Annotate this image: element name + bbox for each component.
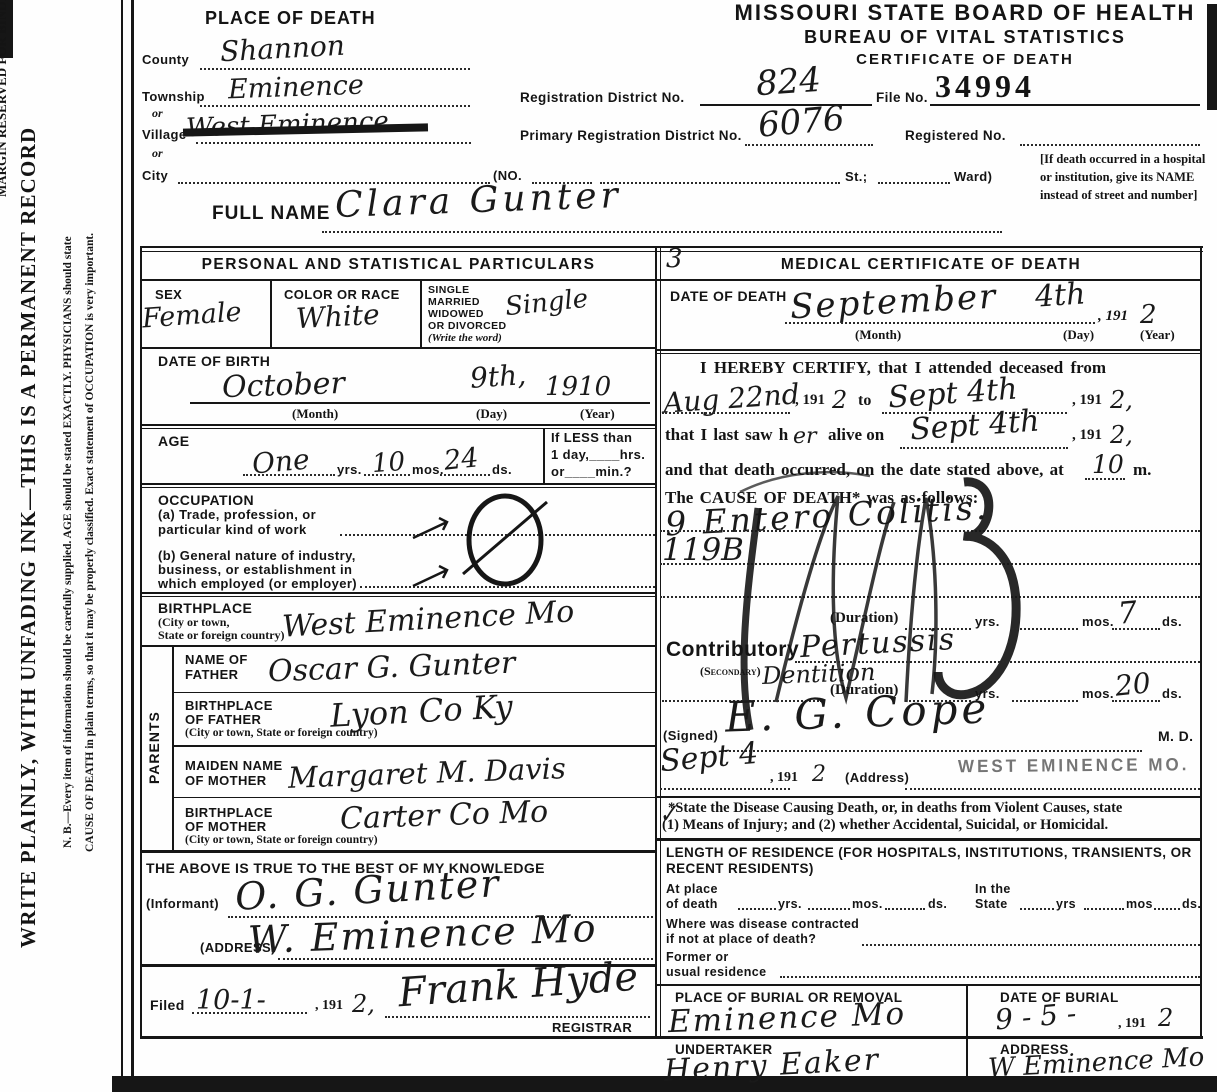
burial-mid-rule bbox=[655, 1036, 1202, 1038]
at-place-label-1: At place bbox=[666, 882, 718, 896]
in-state-label-2: State bbox=[975, 897, 1008, 911]
rule-under-father-bp bbox=[172, 745, 657, 747]
father-name-label-1: NAME OF bbox=[185, 652, 248, 667]
former-line bbox=[780, 976, 1200, 978]
from-year-digit: 2 bbox=[832, 386, 847, 414]
county-label: County bbox=[142, 52, 189, 67]
birthplace-value: West Eminence Mo bbox=[281, 594, 575, 644]
street-label: St.; bbox=[845, 169, 868, 184]
last-saw-line bbox=[900, 447, 1068, 449]
father-birthplace-label-1: BIRTHPLACE bbox=[185, 698, 273, 713]
rule-under-dod bbox=[655, 349, 1202, 351]
dob-year-caption: (Year) bbox=[580, 406, 615, 422]
rule-under-parents bbox=[140, 850, 657, 853]
dob-month-value: October bbox=[221, 366, 345, 405]
burial-divider bbox=[966, 984, 968, 1036]
color-race-value: White bbox=[295, 298, 380, 335]
file-no-label: File No. bbox=[876, 90, 928, 105]
burial-date-value: 9 - 5 - bbox=[994, 997, 1078, 1037]
occupation-a-label-1: (a) Trade, profession, or bbox=[158, 507, 316, 522]
rule-under-birthplace bbox=[140, 645, 657, 647]
township-label: Township bbox=[142, 89, 205, 104]
less-than-label-3: or____min.? bbox=[551, 464, 632, 479]
from-year-prefix: , 191 bbox=[795, 392, 825, 409]
signed-date-value: Sept 4 bbox=[659, 736, 760, 779]
board-title: MISSOURI STATE BOARD OF HEALTH bbox=[720, 0, 1210, 26]
registered-no-line bbox=[1020, 144, 1200, 146]
rule-under-sex-row bbox=[140, 347, 657, 349]
occupation-b-label-3: which employed (or employer) bbox=[158, 576, 357, 591]
occupation-b-label-2: business, or establishment in bbox=[158, 562, 352, 577]
at-place-yrs-line bbox=[738, 908, 776, 910]
primary-reg-label: Primary Registration District No. bbox=[520, 128, 742, 143]
last-saw-pre: that I last saw h bbox=[665, 425, 788, 445]
dob-line bbox=[190, 402, 650, 404]
mother-name-label-2: OF MOTHER bbox=[185, 773, 267, 788]
undertaker-divider bbox=[966, 1036, 968, 1076]
registrar-label: REGISTRAR bbox=[552, 1020, 632, 1035]
footnote-line-1: *State the Disease Causing Death, or, in… bbox=[668, 800, 1122, 817]
occupation-label: OCCUPATION bbox=[158, 492, 254, 508]
less-than-label-2: 1 day,____hrs. bbox=[551, 447, 645, 462]
mother-name-value: Margaret M. Davis bbox=[287, 751, 566, 795]
in-state-mos-line bbox=[1084, 908, 1124, 910]
to-year-prefix: , 191 bbox=[1072, 392, 1102, 409]
former-label-2: usual residence bbox=[666, 965, 767, 979]
less-than-label-1: If LESS than bbox=[551, 430, 632, 445]
age-years-line bbox=[243, 474, 335, 476]
parents-group-label: PARENTS bbox=[146, 645, 162, 851]
county-value: Shannon bbox=[219, 29, 345, 68]
duration2-mos-line bbox=[1012, 700, 1078, 702]
dod-day-value: 4th bbox=[1034, 276, 1087, 314]
signed-date-line bbox=[660, 788, 790, 790]
primary-reg-line bbox=[745, 144, 873, 146]
body-left-border bbox=[140, 247, 142, 1038]
margin-rule-outer bbox=[121, 0, 123, 1076]
marital-value: Single bbox=[504, 284, 590, 323]
duration2-days-value: 20 bbox=[1113, 666, 1152, 703]
m-label: m. bbox=[1133, 460, 1151, 480]
parents-label-divider bbox=[172, 645, 174, 851]
township-value: Eminence bbox=[228, 70, 365, 106]
father-birthplace-value: Lyon Co Ky bbox=[329, 687, 513, 735]
filed-year-digit: 2, bbox=[352, 990, 375, 1018]
in-state-yrs-line bbox=[1020, 908, 1054, 910]
father-birthplace-label-2: OF FATHER bbox=[185, 712, 261, 727]
in-state-mos-label: mos bbox=[1126, 897, 1153, 911]
mother-name-label-1: MAIDEN NAME bbox=[185, 758, 283, 773]
place-of-death-heading: PLACE OF DEATH bbox=[205, 8, 376, 29]
footnote-bottom-rule bbox=[655, 838, 1202, 841]
margin-write-plainly-text: WRITE PLAINLY, WITH UNFADING INK—THIS IS… bbox=[16, 0, 41, 1075]
mother-birthplace-label-2: OF MOTHER bbox=[185, 819, 267, 834]
rule-under-occupation2 bbox=[140, 596, 657, 597]
sex-color-divider bbox=[270, 281, 272, 347]
hospital-note: [If death occurred in a hospital or inst… bbox=[1040, 150, 1208, 204]
mother-birthplace-label-1: BIRTHPLACE bbox=[185, 805, 273, 820]
age-ds-label: ds. bbox=[492, 462, 512, 477]
death-hour-line bbox=[1085, 478, 1125, 480]
filed-year-prefix: , 191 bbox=[315, 998, 343, 1014]
birthplace-sub-2: State or foreign country) bbox=[158, 628, 285, 643]
residence-label-2: RECENT RESIDENTS) bbox=[666, 861, 814, 876]
physician-address-line bbox=[905, 788, 1200, 790]
in-state-ds-label: ds. bbox=[1182, 897, 1201, 911]
rule-under-occupation bbox=[140, 592, 657, 594]
duration1-ds-label: ds. bbox=[1162, 614, 1182, 629]
dod-month-value: September bbox=[789, 277, 998, 328]
rule-under-dob2 bbox=[140, 428, 657, 429]
footnote-top-rule bbox=[655, 796, 1202, 798]
body-right-border bbox=[1200, 247, 1202, 1038]
registered-no-label: Registered No. bbox=[905, 128, 1006, 143]
duration1-yrs-label: yrs. bbox=[975, 614, 1000, 629]
at-place-yrs-label: yrs. bbox=[778, 897, 802, 911]
last-saw-year-digit: 2, bbox=[1110, 421, 1133, 449]
occupation-a-label-2: particular kind of work bbox=[158, 522, 307, 537]
registrar-line bbox=[385, 1016, 650, 1018]
margin-binding-text: MARGIN RESERVED FOR BINDING bbox=[0, 0, 10, 212]
residence-label-1: LENGTH OF RESIDENCE (FOR HOSPITALS, INST… bbox=[666, 845, 1192, 860]
marital-label-2: MARRIED bbox=[428, 296, 480, 308]
rule-under-dod2 bbox=[655, 353, 1202, 354]
color-marital-divider bbox=[420, 281, 422, 347]
certify-line: I HEREBY CERTIFY, that I attended deceas… bbox=[700, 358, 1106, 378]
age-yrs-label: yrs. bbox=[337, 462, 362, 477]
age-days-line bbox=[440, 474, 490, 476]
dod-label: DATE OF DEATH bbox=[670, 288, 787, 304]
alive-on-label: alive on bbox=[828, 425, 884, 445]
filed-label: Filed bbox=[150, 997, 185, 1013]
margin-nb-line2: CAUSE OF DEATH in plain terms, so that i… bbox=[84, 0, 96, 1085]
physician-signature: E. G. Cope bbox=[724, 683, 991, 741]
center-divider-outer bbox=[655, 247, 657, 1038]
address-stamp: WEST EMINENCE MO. bbox=[958, 754, 1190, 777]
ward-line bbox=[878, 182, 950, 184]
full-name-value: Clara Gunter bbox=[334, 175, 622, 226]
dob-day-value: 9th, bbox=[469, 358, 527, 395]
marital-label-5: (Write the word) bbox=[428, 332, 502, 344]
signed-year-digit: 2 bbox=[812, 762, 826, 787]
ward-label: Ward) bbox=[954, 169, 992, 184]
contributory-label: Contributory bbox=[666, 638, 799, 662]
marital-label-4: OR DIVORCED bbox=[428, 320, 507, 332]
last-saw-year-prefix: , 191 bbox=[1072, 427, 1102, 444]
page-mark-value: 3 bbox=[666, 244, 683, 274]
file-no-value: 34994 bbox=[935, 68, 1035, 105]
dob-month-caption: (Month) bbox=[292, 406, 338, 422]
duration1-days-value: 7 bbox=[1117, 595, 1139, 632]
filed-date-line bbox=[192, 1012, 307, 1014]
mother-birthplace-value: Carter Co Mo bbox=[339, 794, 548, 836]
to-word: to bbox=[858, 392, 871, 410]
primary-reg-value: 6076 bbox=[756, 98, 846, 145]
attended-from-line bbox=[662, 412, 790, 414]
md-label: M. D. bbox=[1158, 728, 1193, 744]
occupation-b-label-1: (b) General nature of industry, bbox=[158, 548, 356, 563]
at-place-ds-label: ds. bbox=[928, 897, 947, 911]
duration2-ds-label: ds. bbox=[1162, 686, 1182, 701]
dod-line bbox=[785, 322, 1095, 324]
village-label: Village bbox=[142, 127, 186, 142]
rule-under-dob bbox=[140, 424, 657, 426]
burial-year-digit: 2 bbox=[1158, 1004, 1173, 1032]
personal-header-rule bbox=[140, 279, 657, 281]
contracted-label-2: if not at place of death? bbox=[666, 932, 816, 946]
last-saw-er: er bbox=[793, 424, 817, 449]
secondary-label: (Secondary) bbox=[700, 664, 761, 679]
rule-under-mother bbox=[172, 797, 657, 798]
dob-day-caption: (Day) bbox=[476, 406, 507, 422]
dob-label: DATE OF BIRTH bbox=[158, 353, 270, 369]
dod-month-caption: (Month) bbox=[855, 327, 901, 343]
center-divider-inner bbox=[660, 247, 661, 1038]
duration1-mos-label: mos. bbox=[1082, 614, 1114, 629]
age-days-value: 24 bbox=[442, 442, 479, 476]
duration2-ds-line bbox=[1112, 700, 1160, 702]
dod-year-caption: (Year) bbox=[1140, 327, 1175, 343]
father-name-label-2: FATHER bbox=[185, 667, 238, 682]
sex-value: Female bbox=[141, 297, 242, 335]
at-place-mos-line bbox=[808, 908, 850, 910]
father-name-value: Oscar G. Gunter bbox=[267, 646, 515, 690]
to-year-digit: 2, bbox=[1110, 386, 1133, 414]
footnote-line-2: (1) Means of Injury; and (2) whether Acc… bbox=[662, 817, 1108, 834]
dod-day-caption: (Day) bbox=[1063, 327, 1094, 343]
at-place-ds-line bbox=[885, 908, 925, 910]
in-state-ds-line bbox=[1154, 908, 1180, 910]
age-label: AGE bbox=[158, 433, 190, 449]
age-months-line bbox=[364, 474, 410, 476]
margin-rule-inner bbox=[131, 0, 134, 1076]
margin-nb-line1: N. B.—Every item of information should b… bbox=[62, 0, 74, 1085]
reg-district-label: Registration District No. bbox=[520, 90, 685, 105]
signed-year-prefix: , 191 bbox=[770, 770, 798, 786]
full-name-label: FULL NAME bbox=[212, 203, 330, 225]
in-state-yrs-label: yrs bbox=[1056, 897, 1076, 911]
personal-section-title: PERSONAL AND STATISTICAL PARTICULARS bbox=[142, 256, 655, 274]
at-place-mos-label: mos. bbox=[852, 897, 883, 911]
sex-label: SEX bbox=[155, 287, 182, 302]
burial-year-prefix: , 191 bbox=[1118, 1016, 1146, 1032]
age-subcell-divider bbox=[543, 428, 545, 484]
bureau-subtitle: BUREAU OF VITAL STATISTICS bbox=[720, 27, 1210, 48]
in-state-label-1: In the bbox=[975, 882, 1011, 896]
burial-top-rule bbox=[655, 984, 1202, 986]
city-label: City bbox=[142, 168, 168, 183]
township-line bbox=[200, 105, 470, 107]
death-hour-value: 10 bbox=[1092, 450, 1124, 479]
file-no-line bbox=[930, 104, 1200, 106]
dod-year-digit: 2 bbox=[1140, 300, 1157, 330]
physician-address-label: (Address) bbox=[845, 770, 909, 785]
informant-label: (Informant) bbox=[146, 896, 219, 911]
contracted-label-1: Where was disease contracted bbox=[666, 917, 859, 931]
rule-under-age2 bbox=[140, 487, 657, 488]
village-line bbox=[196, 142, 471, 144]
duration1-mos-line bbox=[1012, 628, 1078, 630]
occupation-zero-scrawl bbox=[395, 490, 595, 590]
duration1-ds-line bbox=[1112, 628, 1160, 630]
death-certificate-document: MARGIN RESERVED FOR BINDING WRITE PLAINL… bbox=[0, 0, 1217, 1092]
duration2-mos-label: mos. bbox=[1082, 686, 1114, 701]
former-label-1: Former or bbox=[666, 950, 729, 964]
or-label-1: or bbox=[152, 106, 163, 121]
full-name-line bbox=[322, 231, 1002, 233]
burial-place-value: Eminence Mo bbox=[667, 996, 906, 1040]
rule-under-age bbox=[140, 483, 657, 485]
contracted-line bbox=[862, 944, 1200, 946]
signed-line bbox=[722, 750, 1142, 752]
dod-year-prefix: , 191 bbox=[1098, 308, 1128, 325]
birthplace-label: BIRTHPLACE bbox=[158, 600, 252, 616]
reg-district-value: 824 bbox=[755, 60, 823, 104]
dob-year-value: 1910 bbox=[545, 372, 611, 402]
at-place-label-2: of death bbox=[666, 897, 718, 911]
or-label-2: or bbox=[152, 146, 163, 161]
medical-section-title: MEDICAL CERTIFICATE OF DEATH bbox=[662, 256, 1200, 274]
marital-label-3: WIDOWED bbox=[428, 308, 484, 320]
street-line bbox=[600, 182, 840, 184]
marital-label-1: SINGLE bbox=[428, 284, 470, 296]
